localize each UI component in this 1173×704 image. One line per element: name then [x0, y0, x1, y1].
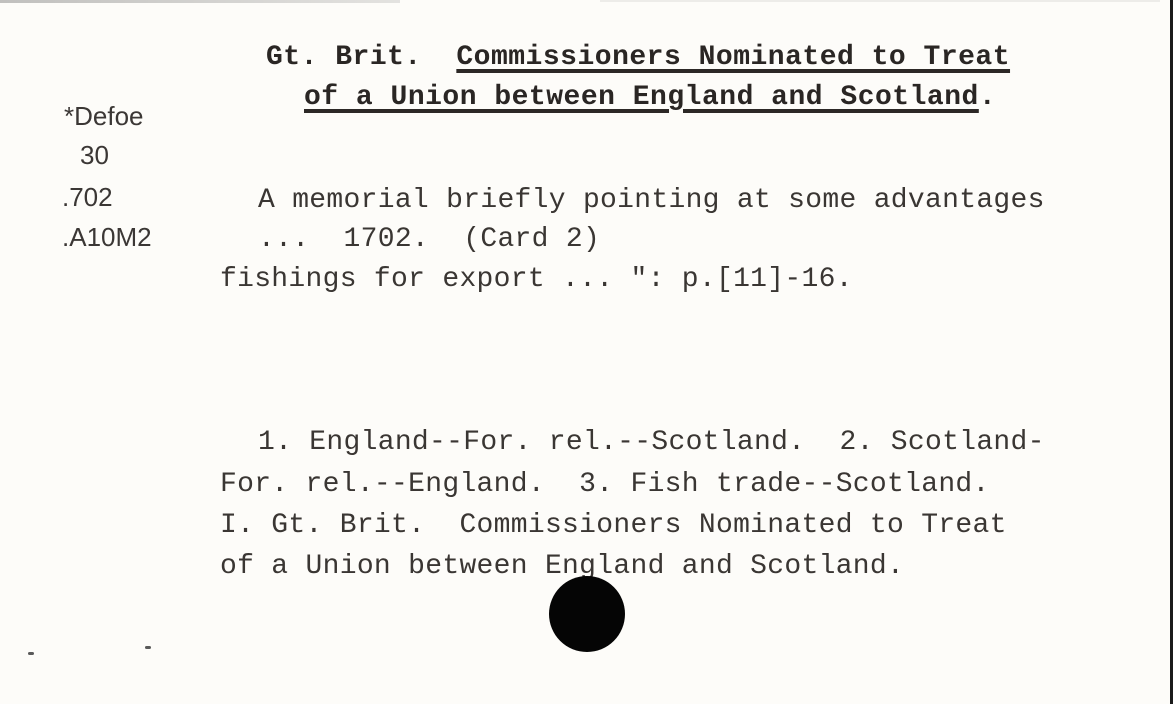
- description-line: fishings for export ... ": p.[11]-16.: [220, 264, 853, 295]
- heading-line-2: of a Union between England and Scotland.: [304, 82, 996, 113]
- ink-speck: [145, 646, 151, 649]
- punch-hole: [549, 576, 625, 652]
- subject-tracing-line: 1. England--For. rel.--Scotland. 2. Scot…: [258, 427, 1045, 458]
- heading-line-1: Gt. Brit. Commissioners Nominated to Tre…: [266, 42, 1010, 73]
- description-line: A memorial briefly pointing at some adva…: [258, 185, 1045, 216]
- heading-title-part-2: of a Union between England and Scotland: [304, 82, 979, 113]
- description-line: ... 1702. (Card 2): [258, 224, 600, 255]
- call-number-line: .A10M2: [62, 222, 152, 253]
- ink-speck: [28, 652, 34, 655]
- card-top-edge-faint: [600, 0, 1160, 2]
- catalog-card: Gt. Brit. Commissioners Nominated to Tre…: [0, 0, 1173, 704]
- call-number-line: .702: [62, 182, 113, 213]
- heading-period: .: [979, 82, 996, 113]
- subject-tracing-line: I. Gt. Brit. Commissioners Nominated to …: [220, 510, 1007, 541]
- call-number-line: *Defoe: [64, 101, 144, 132]
- card-top-edge: [0, 0, 400, 3]
- heading-title-part-1: Commissioners Nominated to Treat: [456, 42, 1010, 73]
- subject-tracing-line: of a Union between England and Scotland.: [220, 551, 904, 582]
- subject-tracing-line: For. rel.--England. 3. Fish trade--Scotl…: [220, 469, 990, 500]
- call-number-line: 30: [80, 140, 109, 171]
- heading-prefix: Gt. Brit.: [266, 42, 456, 73]
